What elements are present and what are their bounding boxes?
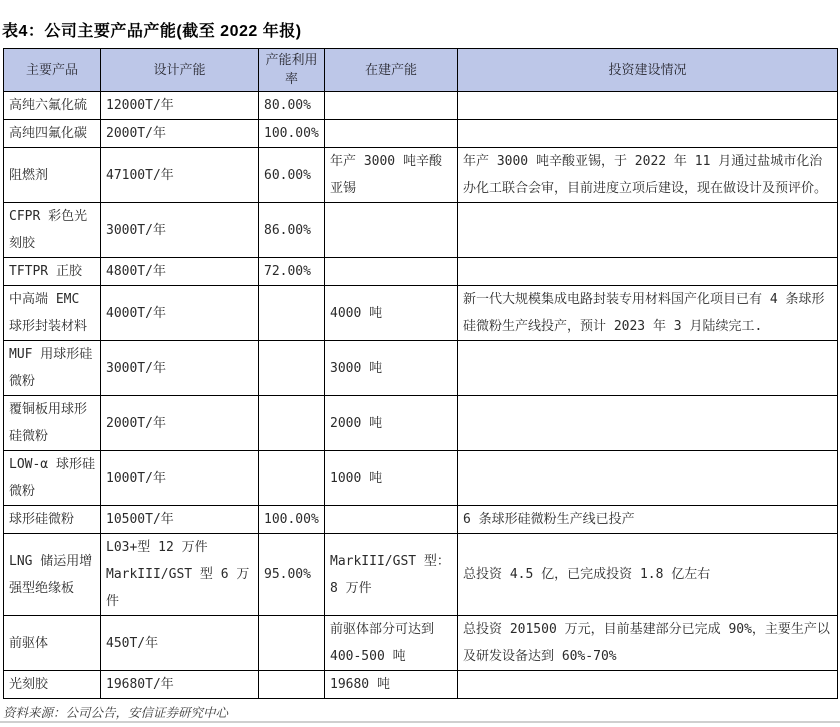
cell-product: 覆铜板用球形硅微粉 bbox=[4, 396, 101, 451]
cell-investment: 总投资 201500 万元，目前基建部分已完成 90%，主要生产以及研发设备达到… bbox=[458, 616, 838, 671]
header-utilization: 产能利用率 bbox=[259, 49, 325, 92]
cell-design-capacity: 10500T/年 bbox=[101, 506, 259, 534]
cell-investment bbox=[458, 396, 838, 451]
cell-utilization: 100.00% bbox=[259, 506, 325, 534]
cell-investment bbox=[458, 92, 838, 120]
cell-utilization bbox=[259, 286, 325, 341]
cell-utilization bbox=[259, 671, 325, 699]
cell-investment: 新一代大规模集成电路封装专用材料国产化项目已有 4 条球形硅微粉生产线投产，预计… bbox=[458, 286, 838, 341]
cell-under-construction: 2000 吨 bbox=[325, 396, 458, 451]
header-design-capacity: 设计产能 bbox=[101, 49, 259, 92]
table-row: 球形硅微粉 10500T/年 100.00% 6 条球形硅微粉生产线已投产 bbox=[4, 506, 838, 534]
cell-utilization bbox=[259, 341, 325, 396]
cell-under-construction: 前驱体部分可达到 400-500 吨 bbox=[325, 616, 458, 671]
cell-under-construction: MarkIII/GST 型：8 万件 bbox=[325, 534, 458, 616]
cell-product: 高纯六氟化硫 bbox=[4, 92, 101, 120]
table-row: 光刻胶 19680T/年 19680 吨 bbox=[4, 671, 838, 699]
cell-investment bbox=[458, 451, 838, 506]
cell-under-construction bbox=[325, 120, 458, 148]
table-row: TFTPR 正胶 4800T/年 72.00% bbox=[4, 258, 838, 286]
table-header: 主要产品 设计产能 产能利用率 在建产能 投资建设情况 bbox=[4, 49, 838, 92]
cell-under-construction bbox=[325, 258, 458, 286]
table-row: LOW-α 球形硅微粉 1000T/年 1000 吨 bbox=[4, 451, 838, 506]
cell-design-capacity: 47100T/年 bbox=[101, 148, 259, 203]
report-page: 表4：公司主要产品产能(截至 2022 年报) 主要产品 设计产能 产能利用率 … bbox=[0, 0, 840, 721]
header-row: 主要产品 设计产能 产能利用率 在建产能 投资建设情况 bbox=[4, 49, 838, 92]
cell-product: MUF 用球形硅微粉 bbox=[4, 341, 101, 396]
cell-investment: 年产 3000 吨辛酸亚锡，于 2022 年 11 月通过盐城市化治办化工联合会… bbox=[458, 148, 838, 203]
cell-design-capacity: 1000T/年 bbox=[101, 451, 259, 506]
cell-investment bbox=[458, 341, 838, 396]
cell-investment: 6 条球形硅微粉生产线已投产 bbox=[458, 506, 838, 534]
cell-product: CFPR 彩色光刻胶 bbox=[4, 203, 101, 258]
cell-utilization: 60.00% bbox=[259, 148, 325, 203]
cell-design-capacity: 3000T/年 bbox=[101, 203, 259, 258]
table-row: LNG 储运用增强型绝缘板 L03+型 12 万件 MarkIII/GST 型 … bbox=[4, 534, 838, 616]
cell-design-capacity: 450T/年 bbox=[101, 616, 259, 671]
cell-product: 阻燃剂 bbox=[4, 148, 101, 203]
capacity-table: 主要产品 设计产能 产能利用率 在建产能 投资建设情况 高纯六氟化硫 12000… bbox=[3, 48, 838, 699]
header-investment: 投资建设情况 bbox=[458, 49, 838, 92]
source-note: 资料来源：公司公告，安信证券研究中心 bbox=[3, 703, 840, 721]
table-row: 中高端 EMC 球形封装材料 4000T/年 4000 吨 新一代大规模集成电路… bbox=[4, 286, 838, 341]
cell-under-construction bbox=[325, 203, 458, 258]
header-under-construction: 在建产能 bbox=[325, 49, 458, 92]
cell-under-construction: 1000 吨 bbox=[325, 451, 458, 506]
table-row: 阻燃剂 47100T/年 60.00% 年产 3000 吨辛酸亚锡 年产 300… bbox=[4, 148, 838, 203]
cell-utilization bbox=[259, 396, 325, 451]
cell-utilization bbox=[259, 616, 325, 671]
cell-investment bbox=[458, 203, 838, 258]
cell-utilization: 86.00% bbox=[259, 203, 325, 258]
cell-under-construction: 4000 吨 bbox=[325, 286, 458, 341]
cell-product: 中高端 EMC 球形封装材料 bbox=[4, 286, 101, 341]
cell-product: 光刻胶 bbox=[4, 671, 101, 699]
table-row: MUF 用球形硅微粉 3000T/年 3000 吨 bbox=[4, 341, 838, 396]
cell-design-capacity: 4800T/年 bbox=[101, 258, 259, 286]
table-row: 高纯四氟化碳 2000T/年 100.00% bbox=[4, 120, 838, 148]
table-row: 高纯六氟化硫 12000T/年 80.00% bbox=[4, 92, 838, 120]
cell-under-construction bbox=[325, 506, 458, 534]
cell-investment: 总投资 4.5 亿，已完成投资 1.8 亿左右 bbox=[458, 534, 838, 616]
cell-utilization: 95.00% bbox=[259, 534, 325, 616]
cell-under-construction: 19680 吨 bbox=[325, 671, 458, 699]
cell-product: 球形硅微粉 bbox=[4, 506, 101, 534]
table-body: 高纯六氟化硫 12000T/年 80.00% 高纯四氟化碳 2000T/年 10… bbox=[4, 92, 838, 699]
table-row: 前驱体 450T/年 前驱体部分可达到 400-500 吨 总投资 201500… bbox=[4, 616, 838, 671]
header-product: 主要产品 bbox=[4, 49, 101, 92]
cell-under-construction: 3000 吨 bbox=[325, 341, 458, 396]
cell-utilization: 80.00% bbox=[259, 92, 325, 120]
cell-utilization: 72.00% bbox=[259, 258, 325, 286]
cell-design-capacity: 4000T/年 bbox=[101, 286, 259, 341]
cell-design-capacity: 2000T/年 bbox=[101, 120, 259, 148]
table-title: 表4：公司主要产品产能(截至 2022 年报) bbox=[2, 18, 840, 41]
cell-utilization: 100.00% bbox=[259, 120, 325, 148]
table-row: CFPR 彩色光刻胶 3000T/年 86.00% bbox=[4, 203, 838, 258]
cell-product: 高纯四氟化碳 bbox=[4, 120, 101, 148]
bottom-divider bbox=[0, 721, 840, 723]
cell-product: TFTPR 正胶 bbox=[4, 258, 101, 286]
cell-product: LOW-α 球形硅微粉 bbox=[4, 451, 101, 506]
cell-design-capacity: 12000T/年 bbox=[101, 92, 259, 120]
cell-design-capacity: L03+型 12 万件 MarkIII/GST 型 6 万件 bbox=[101, 534, 259, 616]
cell-product: 前驱体 bbox=[4, 616, 101, 671]
cell-investment bbox=[458, 671, 838, 699]
cell-under-construction bbox=[325, 92, 458, 120]
cell-investment bbox=[458, 258, 838, 286]
cell-design-capacity: 19680T/年 bbox=[101, 671, 259, 699]
cell-design-capacity: 2000T/年 bbox=[101, 396, 259, 451]
cell-product: LNG 储运用增强型绝缘板 bbox=[4, 534, 101, 616]
cell-design-capacity: 3000T/年 bbox=[101, 341, 259, 396]
cell-utilization bbox=[259, 451, 325, 506]
table-row: 覆铜板用球形硅微粉 2000T/年 2000 吨 bbox=[4, 396, 838, 451]
cell-under-construction: 年产 3000 吨辛酸亚锡 bbox=[325, 148, 458, 203]
cell-investment bbox=[458, 120, 838, 148]
